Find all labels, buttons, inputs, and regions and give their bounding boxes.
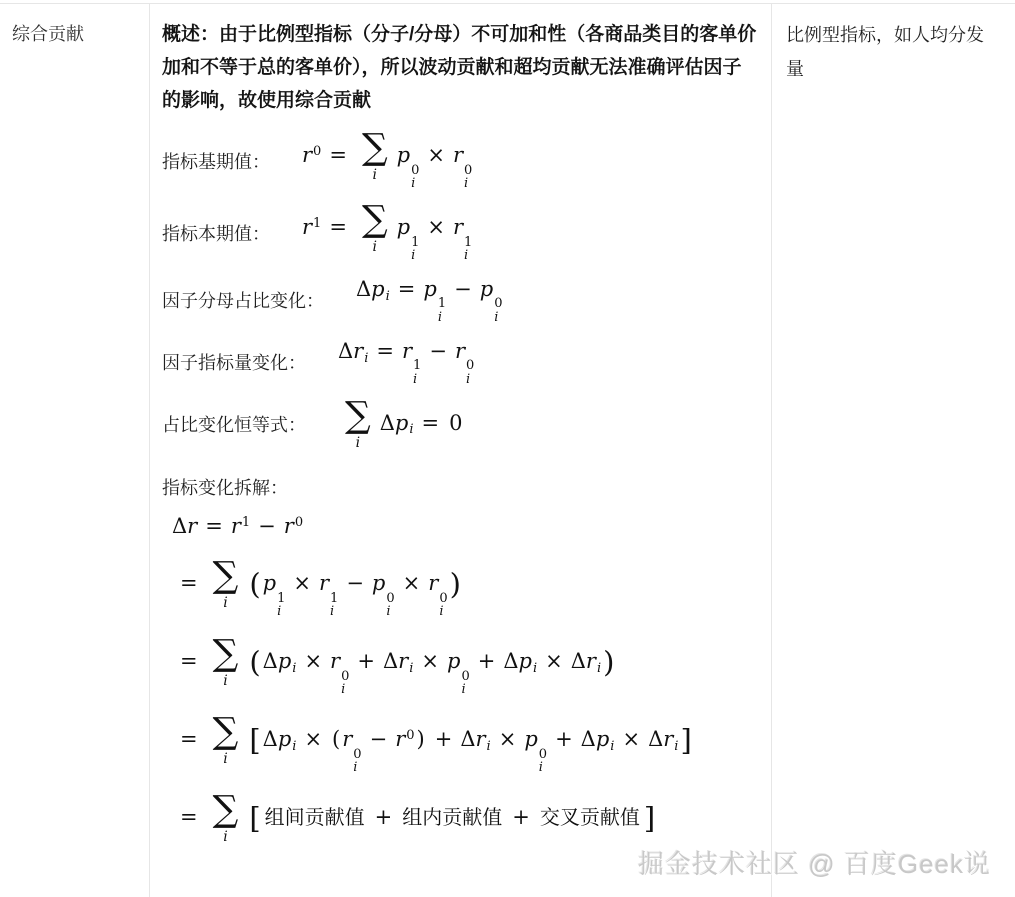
math-text: 组内贡献值: [402, 807, 502, 829]
note-cell: 比例型指标，如人均分发量: [772, 4, 1015, 897]
math-var: r0i: [342, 727, 361, 751]
math-operator: =: [398, 277, 416, 301]
delta-symbol: Δ: [172, 514, 187, 538]
big-delimiter: (: [249, 567, 260, 601]
math-var: Δpi: [263, 649, 297, 673]
math-var: r1: [231, 514, 250, 538]
math-var: p0i: [480, 277, 503, 301]
big-delimiter: (: [249, 645, 260, 679]
math-var: Δpi: [380, 411, 414, 435]
delta-symbol: Δ: [356, 277, 371, 301]
math-var: r0: [302, 143, 321, 167]
math-operator: ×: [421, 649, 439, 673]
formula-row: 因子指标量变化：Δri=r1i−r0i: [162, 337, 759, 387]
delta-symbol: Δ: [648, 727, 663, 751]
sum-symbol: ∑i: [362, 131, 388, 182]
math-operator: ×: [403, 571, 421, 595]
math-operator: =: [205, 514, 223, 538]
formula-list: 指标基期值：r0=∑ip0i×r0i指标本期值：r1=∑ip1i×r1i因子分母…: [162, 131, 759, 450]
math-operator: ×: [427, 215, 445, 239]
math-operator: =: [180, 805, 198, 829]
sum-symbol: ∑i: [213, 715, 239, 766]
math-var: r1: [302, 215, 321, 239]
big-delimiter: ): [450, 567, 461, 601]
delta-symbol: Δ: [383, 649, 398, 673]
math-operator: ×: [545, 649, 563, 673]
math-operator: +: [435, 727, 453, 751]
formula-row: 占比变化恒等式：∑iΔpi=0: [162, 399, 759, 450]
big-delimiter: ]: [644, 801, 655, 835]
formula-row: 指标基期值：r0=∑ip0i×r0i: [162, 131, 759, 191]
math-operator: −: [454, 277, 472, 301]
math-var: r0i: [428, 571, 447, 595]
note-text: 比例型指标，如人均分发量: [786, 18, 1001, 86]
math-var: p1i: [423, 277, 446, 301]
math-var: r1i: [319, 571, 338, 595]
math-var: r1i: [453, 215, 472, 239]
derivation-line: Δr=r1−r0: [162, 512, 759, 541]
math-var: p0i: [447, 649, 470, 673]
math-text: 交叉贡献值: [540, 807, 640, 829]
delta-symbol: Δ: [380, 411, 395, 435]
math-var: Δri: [338, 339, 368, 363]
big-delimiter: ): [603, 645, 614, 679]
math-operator: =: [422, 411, 440, 435]
math-var: Δri: [648, 727, 678, 751]
formula-label: 因子指标量变化：: [162, 349, 306, 375]
sum-symbol: ∑i: [345, 399, 371, 450]
math-line: ∑iΔpi=0: [338, 399, 464, 450]
derivation-line: =∑i(Δpi×r0i+Δri×p0i+Δpi×Δri): [162, 637, 759, 697]
math-var: Δri: [571, 649, 601, 673]
row-title: 综合贡献: [12, 20, 137, 46]
math-line: =∑i(p1i×r1i−p0i×r0i): [172, 571, 463, 595]
math-operator: −: [429, 339, 447, 363]
derivation-list: Δr=r1−r0=∑i(p1i×r1i−p0i×r0i)=∑i(Δpi×r0i+…: [162, 512, 759, 844]
formula-cell: 概述：由于比例型指标（分子/分母）不可加和性（各商品类目的客单价加和不等于总的客…: [150, 4, 772, 897]
delta-symbol: Δ: [263, 649, 278, 673]
math-operator: =: [329, 143, 347, 167]
formula-row: 指标本期值：r1=∑ip1i×r1i: [162, 203, 759, 263]
math-operator: ×: [304, 649, 322, 673]
delta-symbol: Δ: [460, 727, 475, 751]
math-var: p1i: [263, 571, 286, 595]
sum-symbol: ∑i: [213, 559, 239, 610]
math-operator: =: [376, 339, 394, 363]
math-operator: =: [180, 571, 198, 595]
math-var: r0: [395, 727, 414, 751]
math-line: =∑i(Δpi×r0i+Δri×p0i+Δpi×Δri): [172, 649, 616, 673]
big-delimiter: [: [249, 723, 260, 757]
math-var: p0i: [524, 727, 547, 751]
math-operator: +: [512, 805, 530, 829]
formula-label: 指标基期值：: [162, 148, 270, 174]
formula-label: 指标本期值：: [162, 220, 270, 246]
math-var: Δpi: [581, 727, 615, 751]
math-operator: ): [417, 727, 425, 751]
delta-symbol: Δ: [263, 727, 278, 751]
math-operator: +: [555, 727, 573, 751]
math-operator: (: [332, 727, 340, 751]
delta-symbol: Δ: [571, 649, 586, 673]
delta-symbol: Δ: [581, 727, 596, 751]
math-line: r0=∑ip0i×r0i: [302, 131, 472, 191]
math-line: =∑i[组间贡献值+组内贡献值+交叉贡献值]: [172, 805, 657, 829]
math-operator: +: [478, 649, 496, 673]
derivation-label: 指标变化拆解：: [162, 474, 759, 500]
math-operator: 0: [449, 411, 462, 435]
math-operator: ×: [499, 727, 517, 751]
big-delimiter: [: [249, 801, 260, 835]
math-var: p0i: [372, 571, 395, 595]
math-operator: ×: [427, 143, 445, 167]
formula-row: 因子分母占比变化：Δpi=p1i−p0i: [162, 275, 759, 325]
math-operator: −: [258, 514, 276, 538]
math-var: r0i: [453, 143, 472, 167]
contribution-table: 综合贡献 概述：由于比例型指标（分子/分母）不可加和性（各商品类目的客单价加和不…: [0, 3, 1015, 897]
math-var: Δpi: [263, 727, 297, 751]
sum-symbol: ∑i: [213, 637, 239, 688]
math-line: r1=∑ip1i×r1i: [302, 203, 472, 263]
math-operator: =: [180, 649, 198, 673]
row-header-cell: 综合贡献: [0, 4, 150, 897]
overview-text: 概述：由于比例型指标（分子/分母）不可加和性（各商品类目的客单价加和不等于总的客…: [162, 18, 759, 117]
math-operator: ×: [293, 571, 311, 595]
math-line: =∑i[Δpi×(r0i−r0)+Δri×p0i+Δpi×Δri]: [172, 727, 694, 751]
formula-label: 因子分母占比变化：: [162, 287, 324, 313]
math-var: Δri: [460, 727, 490, 751]
derivation-line: =∑i(p1i×r1i−p0i×r0i): [162, 559, 759, 619]
math-line: Δr=r1−r0: [172, 514, 303, 538]
math-operator: =: [329, 215, 347, 239]
sum-symbol: ∑i: [362, 203, 388, 254]
math-var: r0: [284, 514, 303, 538]
math-var: r1i: [402, 339, 421, 363]
math-operator: ×: [304, 727, 322, 751]
math-operator: −: [370, 727, 388, 751]
delta-symbol: Δ: [338, 339, 353, 363]
derivation-line: =∑i[Δpi×(r0i−r0)+Δri×p0i+Δpi×Δri]: [162, 715, 759, 775]
big-delimiter: ]: [680, 723, 691, 757]
math-var: p1i: [397, 215, 420, 239]
math-var: r0i: [455, 339, 474, 363]
math-var: p0i: [397, 143, 420, 167]
math-var: Δpi: [503, 649, 537, 673]
math-text: 组间贡献值: [265, 807, 365, 829]
math-var: Δr: [172, 514, 197, 538]
math-line: Δri=r1i−r0i: [338, 337, 474, 387]
delta-symbol: Δ: [503, 649, 518, 673]
formula-label: 占比变化恒等式：: [162, 411, 306, 437]
math-var: Δri: [383, 649, 413, 673]
derivation-line: =∑i[组间贡献值+组内贡献值+交叉贡献值]: [162, 793, 759, 844]
math-operator: +: [357, 649, 375, 673]
math-operator: ×: [622, 727, 640, 751]
sum-symbol: ∑i: [213, 793, 239, 844]
math-operator: =: [180, 727, 198, 751]
math-operator: −: [346, 571, 364, 595]
math-var: r0i: [330, 649, 349, 673]
math-operator: +: [375, 805, 393, 829]
math-line: Δpi=p1i−p0i: [356, 275, 502, 325]
math-var: Δpi: [356, 277, 390, 301]
